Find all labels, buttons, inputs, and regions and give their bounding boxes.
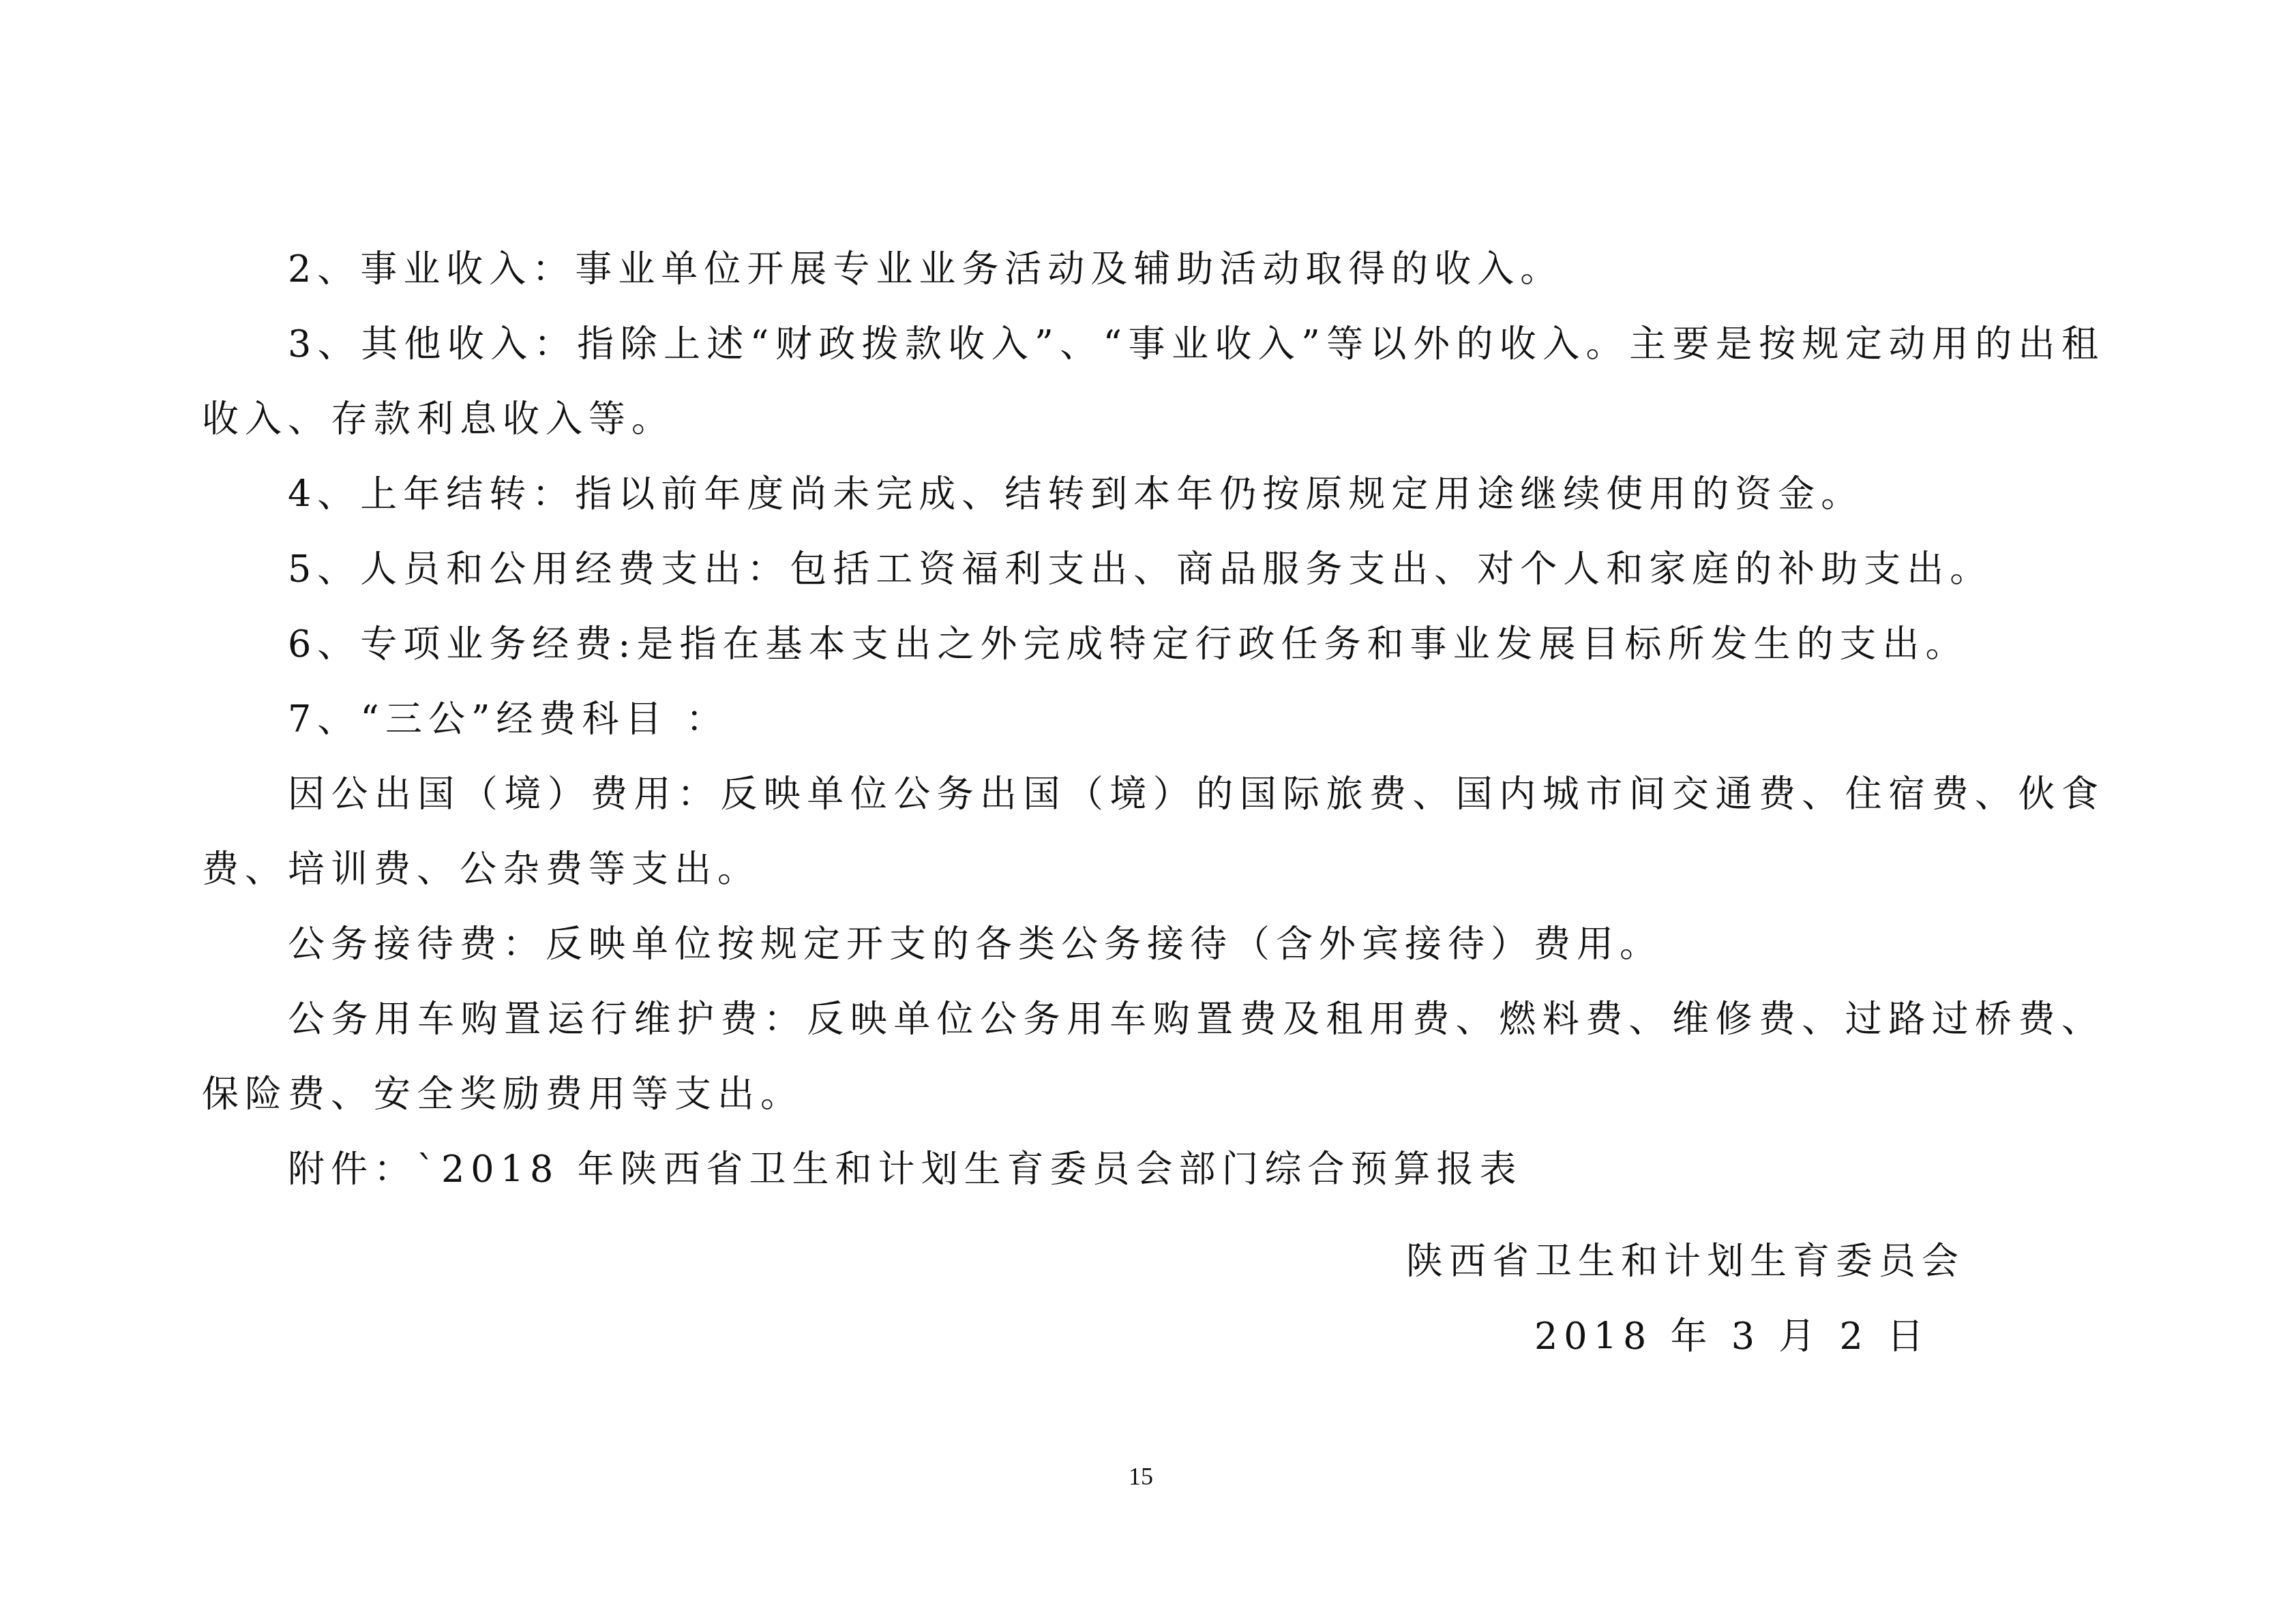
paragraph-official-reception: 公务接待费：反映单位按规定开支的各类公务接待（含外宾接待）费用。 [202,907,2104,982]
paragraph-other-income: 3、其他收入：指除上述“财政拨款收入”、“事业收入”等以外的收入。主要是按规定动… [202,307,2104,457]
paragraph-official-vehicles: 公务用车购置运行维护费：反映单位公务用车购置费及租用费、燃料费、维修费、过路过桥… [202,982,2104,1132]
paragraph-three-public-heading: 7、“三公”经费科目 ： [202,682,2104,757]
page-number: 15 [1129,1463,1153,1490]
paragraph-personnel-public-expenses: 5、人员和公用经费支出：包括工资福利支出、商品服务支出、对个人和家庭的补助支出。 [202,532,2104,607]
signature-organization: 陕西省卫生和计划生育委员会 [1406,1224,1965,1299]
paragraph-business-income: 2、事业收入：事业单位开展专业业务活动及辅助活动取得的收入。 [202,232,2104,307]
document-page: 2、事业收入：事业单位开展专业业务活动及辅助活动取得的收入。 3、其他收入：指除… [0,0,2296,1623]
document-body: 2、事业收入：事业单位开展专业业务活动及辅助活动取得的收入。 3、其他收入：指除… [202,232,2104,1207]
paragraph-attachment: 附件：`2018 年陕西省卫生和计划生育委员会部门综合预算报表 [202,1132,2104,1207]
paragraph-prior-year-carryover: 4、上年结转：指以前年度尚未完成、结转到本年仍按原规定用途继续使用的资金。 [202,457,2104,532]
paragraph-special-business-funds: 6、专项业务经费:是指在基本支出之外完成特定行政任务和事业发展目标所发生的支出。 [202,607,2104,682]
signature-date: 2018 年 3 月 2 日 [1534,1299,1930,1374]
paragraph-overseas-travel: 因公出国（境）费用：反映单位公务出国（境）的国际旅费、国内城市间交通费、住宿费、… [202,757,2104,907]
